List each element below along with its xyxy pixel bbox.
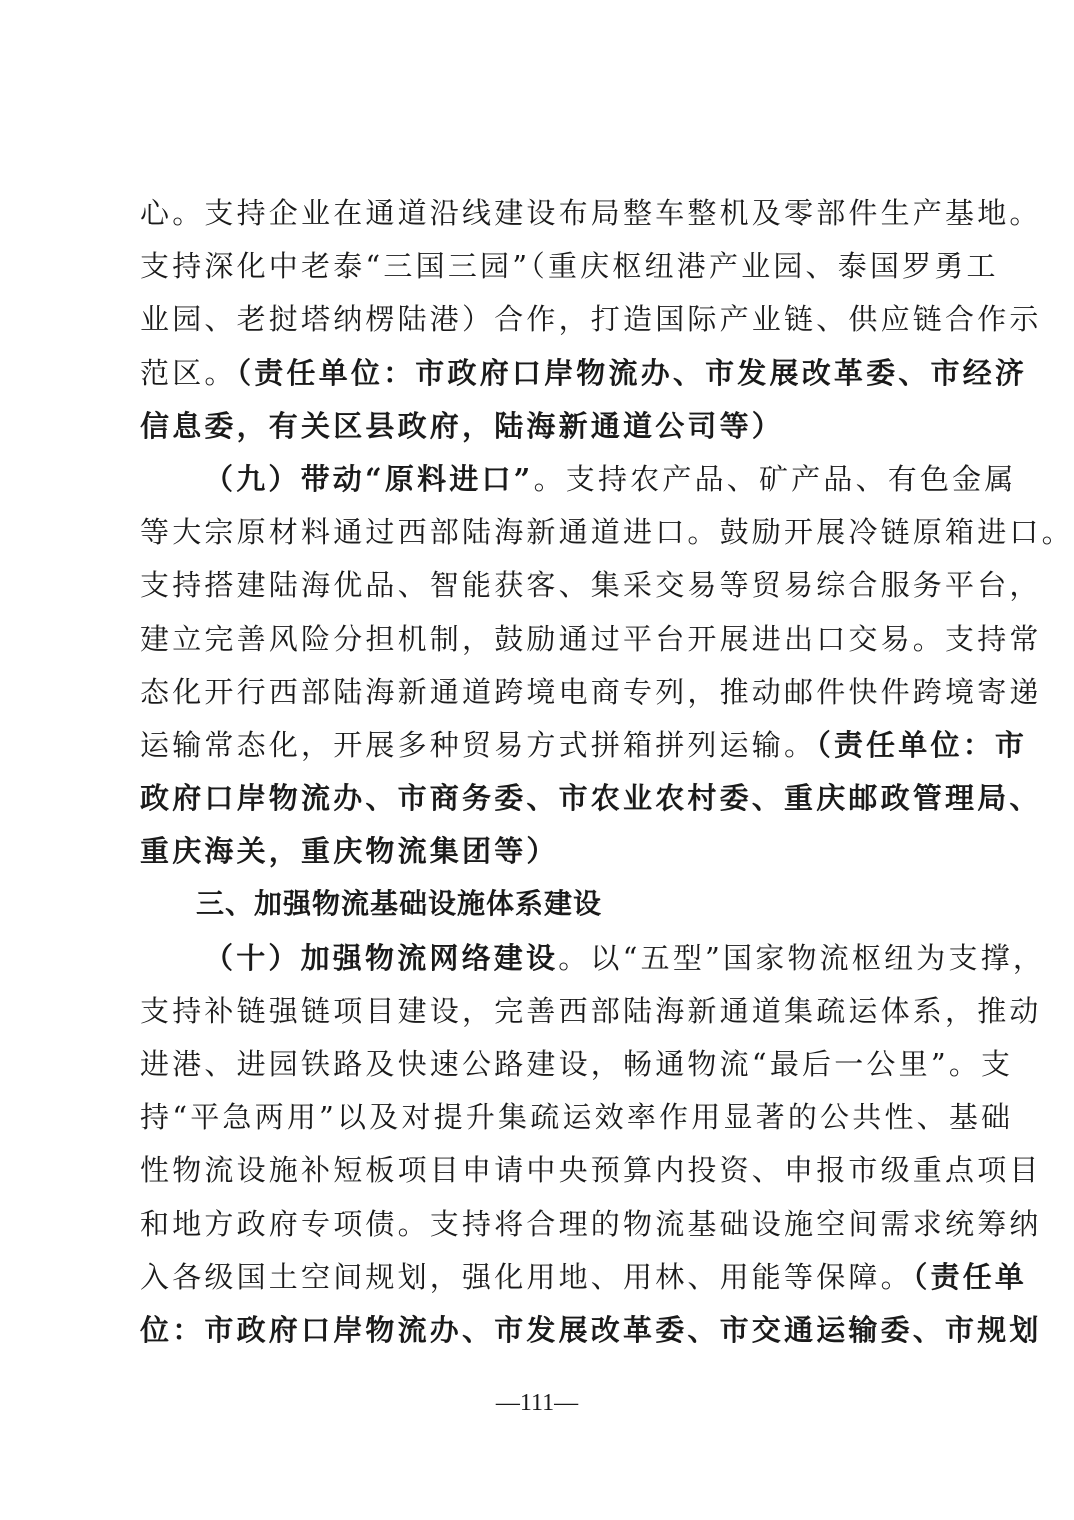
line-text: 性物流设施补短板项目申请中央预算内投资、申报市级重点项目 — [140, 1153, 1042, 1187]
body-line: 性物流设施补短板项目申请中央预算内投资、申报市级重点项目 — [140, 1147, 940, 1200]
responsibility-units: （责任单 — [913, 1260, 1027, 1294]
line-text: 态化开行西部陆海新通道跨境电商专列，推动邮件快件跨境寄递 — [140, 675, 1042, 709]
body-line: 态化开行西部陆海新通道跨境电商专列，推动邮件快件跨境寄递 — [140, 669, 940, 722]
body-line: 持“平急两用”以及对提升集疏运效率作用显著的公共性、基础 — [140, 1094, 940, 1147]
line-text: 心。支持企业在通道沿线建设布局整车整机及零部件生产基地。 — [140, 196, 1042, 230]
responsibility-units: 位：市政府口岸物流办、市发展改革委、市交通运输委、市规划 — [140, 1313, 1042, 1347]
body-line: 信息委，有关区县政府，陆海新通道公司等） — [140, 403, 940, 456]
section-heading: 三、加强物流基础设施体系建设 — [140, 881, 940, 934]
line-text: 业园、老挝塔纳楞陆港）合作，打造国际产业链、供应链合作示 — [140, 302, 1042, 336]
document-body: 心。支持企业在通道沿线建设布局整车整机及零部件生产基地。 支持深化中老泰“三国三… — [140, 190, 940, 1360]
body-line: 政府口岸物流办、市商务委、市农业农村委、重庆邮政管理局、 — [140, 775, 940, 828]
body-line: 支持深化中老泰“三国三园”（重庆枢纽港产业园、泰国罗勇工 — [140, 243, 940, 296]
item-9-first-line: （九）带动“原料进口”。支持农产品、矿产品、有色金属 — [140, 456, 940, 509]
body-line: 范区。（责任单位：市政府口岸物流办、市发展改革委、市经济 — [140, 350, 940, 403]
line-text: 持“平急两用”以及对提升集疏运效率作用显著的公共性、基础 — [140, 1100, 1013, 1134]
line-text: 建立完善风险分担机制，鼓励通过平台开展进出口交易。支持常 — [140, 622, 1042, 656]
line-text: 进港、进园铁路及快速公路建设，畅通物流“最后一公里”。支 — [140, 1047, 1013, 1081]
body-line: 业园、老挝塔纳楞陆港）合作，打造国际产业链、供应链合作示 — [140, 296, 940, 349]
responsibility-units: （责任单位：市 — [816, 728, 1027, 762]
body-line: 和地方政府专项债。支持将合理的物流基础设施空间需求统筹纳 — [140, 1201, 940, 1254]
responsibility-units: 信息委，有关区县政府，陆海新通道公司等） — [140, 409, 784, 443]
responsibility-units: 政府口岸物流办、市商务委、市农业农村委、重庆邮政管理局、 — [140, 781, 1042, 815]
body-line: 支持补链强链项目建设，完善西部陆海新通道集疏运体系，推动 — [140, 988, 940, 1041]
body-line: 建立完善风险分担机制，鼓励通过平台开展进出口交易。支持常 — [140, 616, 940, 669]
responsibility-units: 重庆海关，重庆物流集团等） — [140, 834, 559, 868]
body-line: 进港、进园铁路及快速公路建设，畅通物流“最后一公里”。支 — [140, 1041, 940, 1094]
item-9-title: （九）带动“原料进口” — [204, 462, 534, 496]
body-line: 入各级国土空间规划，强化用地、用林、用能等保障。（责任单 — [140, 1254, 940, 1307]
responsibility-units: （责任单位：市政府口岸物流办、市发展改革委、市经济 — [237, 356, 1028, 390]
line-text: 。以“五型”国家物流枢纽为支撑， — [558, 941, 1045, 975]
body-line: 等大宗原材料通过西部陆海新通道进口。鼓励开展冷链原箱进口。 — [140, 509, 940, 562]
line-text: 等大宗原材料通过西部陆海新通道进口。鼓励开展冷链原箱进口。 — [140, 515, 1074, 549]
document-page: 心。支持企业在通道沿线建设布局整车整机及零部件生产基地。 支持深化中老泰“三国三… — [0, 0, 1074, 1520]
item-10-title: （十）加强物流网络建设 — [204, 941, 558, 975]
line-text: 支持搭建陆海优品、智能获客、集采交易等贸易综合服务平台， — [140, 568, 1042, 602]
line-text: 入各级国土空间规划，强化用地、用林、用能等保障。 — [140, 1260, 913, 1294]
line-text: 。支持农产品、矿产品、有色金属 — [534, 462, 1017, 496]
body-line: 重庆海关，重庆物流集团等） — [140, 828, 940, 881]
body-line: 运输常态化，开展多种贸易方式拼箱拼列运输。（责任单位：市 — [140, 722, 940, 775]
item-10-first-line: （十）加强物流网络建设。以“五型”国家物流枢纽为支撑， — [140, 935, 940, 988]
line-text: 和地方政府专项债。支持将合理的物流基础设施空间需求统筹纳 — [140, 1207, 1042, 1241]
body-line: 心。支持企业在通道沿线建设布局整车整机及零部件生产基地。 — [140, 190, 940, 243]
page-number: —111— — [0, 1386, 1074, 1420]
line-text: 范区。 — [140, 356, 237, 390]
body-line: 支持搭建陆海优品、智能获客、集采交易等贸易综合服务平台， — [140, 562, 940, 615]
body-line: 位：市政府口岸物流办、市发展改革委、市交通运输委、市规划 — [140, 1307, 940, 1360]
line-text: 支持深化中老泰“三国三园”（重庆枢纽港产业园、泰国罗勇工 — [140, 249, 999, 283]
line-text: 运输常态化，开展多种贸易方式拼箱拼列运输。 — [140, 728, 816, 762]
line-text: 支持补链强链项目建设，完善西部陆海新通道集疏运体系，推动 — [140, 994, 1042, 1028]
